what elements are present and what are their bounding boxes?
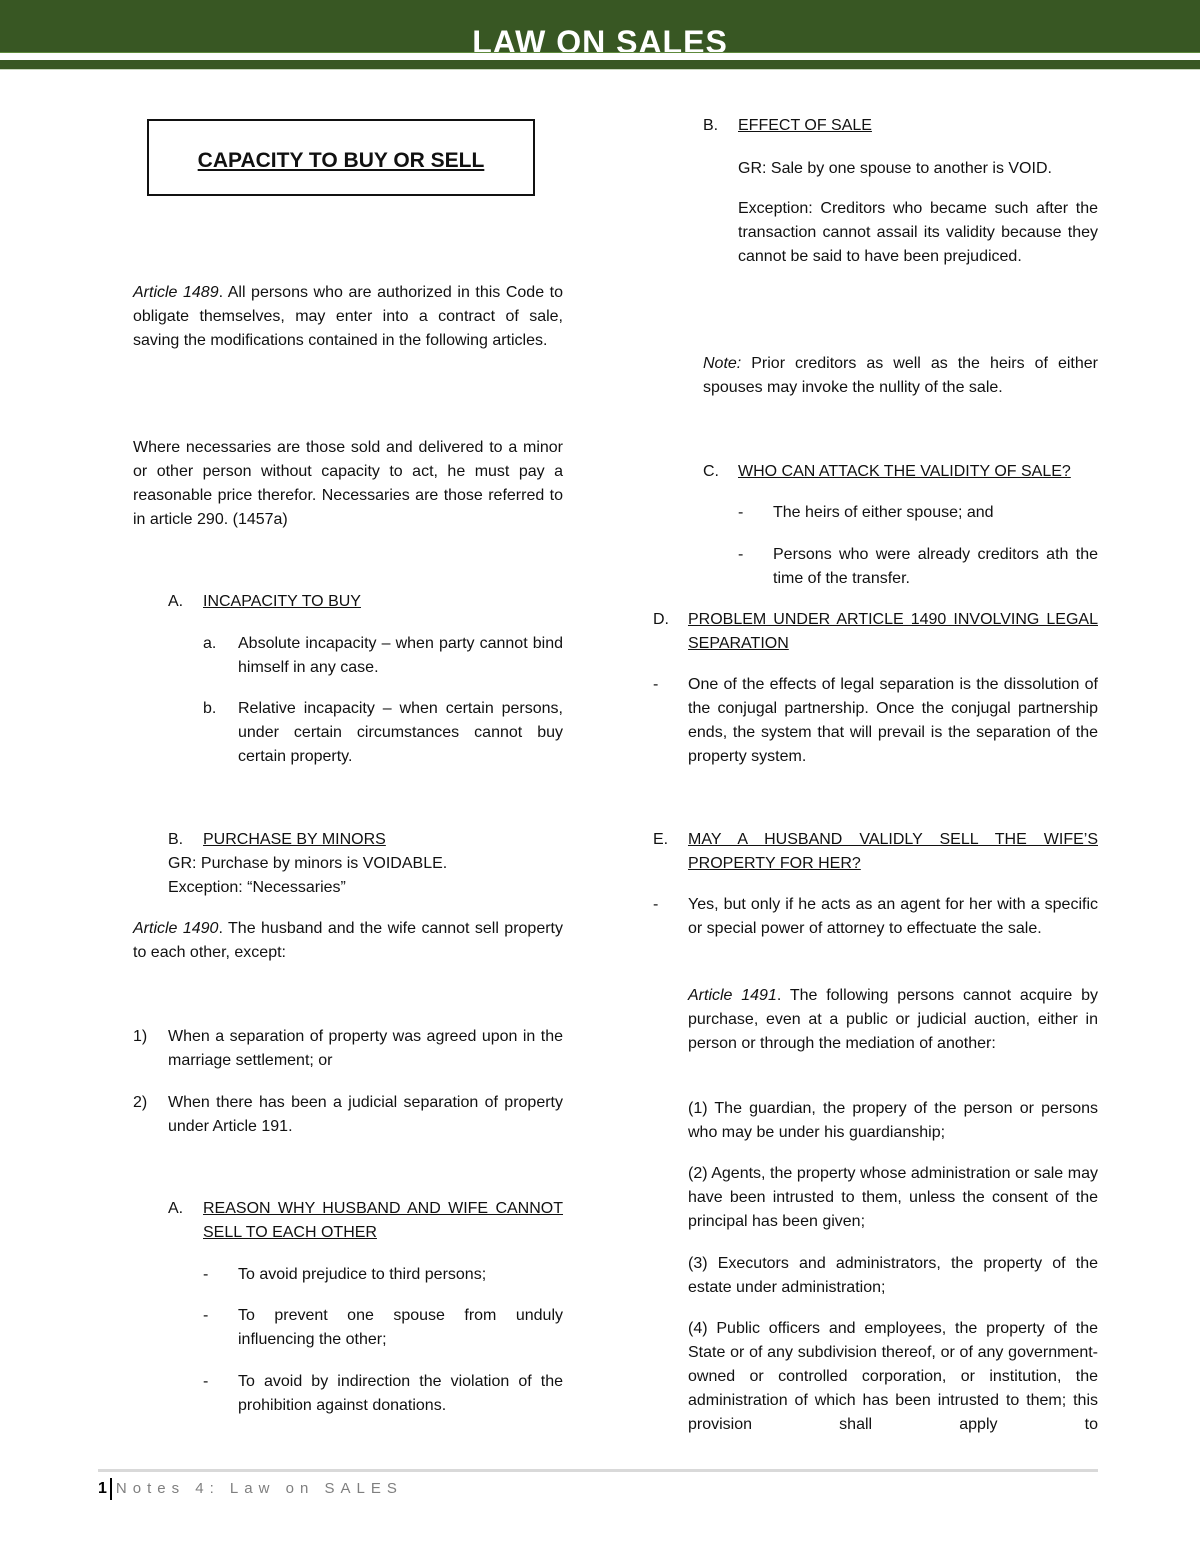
article-1490: Article 1490. The husband and the wife c…: [133, 917, 563, 965]
exception: Exception: Creditors who became such aft…: [738, 197, 1098, 269]
list-marker: -: [738, 543, 773, 591]
list-item: - One of the effects of legal separation…: [653, 673, 1098, 769]
list-marker: -: [203, 1263, 238, 1287]
section-heading-validity: C. WHO CAN ATTACK THE VALIDITY OF SALE?: [703, 460, 1098, 484]
list-item: - To avoid prejudice to third persons;: [203, 1263, 563, 1287]
list-item: b. Relative incapacity – when certain pe…: [203, 697, 563, 769]
list-item: - To prevent one spouse from unduly infl…: [203, 1304, 563, 1352]
necessaries-paragraph: Where necessaries are those sold and del…: [133, 436, 563, 532]
list-text: The heirs of either spouse; and: [773, 501, 1098, 525]
page-number: 1: [98, 1478, 112, 1500]
list-marker: b.: [203, 697, 238, 769]
list-text: Relative incapacity – when certain perso…: [238, 697, 563, 769]
list-item: - The heirs of either spouse; and: [738, 501, 1098, 525]
list-text: To avoid by indirection the violation of…: [238, 1370, 563, 1418]
article-1491: Article 1491. The following persons cann…: [688, 984, 1098, 1056]
header-stripe: [0, 60, 1200, 70]
exception-item: 1) When a separation of property was agr…: [133, 1025, 563, 1073]
section-marker: B.: [703, 114, 738, 138]
document-title: LAW ON SALES: [0, 22, 1200, 53]
list-marker: -: [653, 673, 688, 769]
list-marker: -: [653, 893, 688, 941]
section-marker: E.: [653, 828, 688, 876]
footer-text: Notes 4: Law on SALES: [116, 1478, 403, 1500]
list-text: When a separation of property was agreed…: [168, 1025, 563, 1073]
section-marker: C.: [703, 460, 738, 484]
section-heading: WHO CAN ATTACK THE VALIDITY OF SALE?: [738, 460, 1071, 484]
list-marker: 1): [133, 1025, 168, 1073]
list-text: Persons who were already creditors ath t…: [773, 543, 1098, 591]
section-heading: INCAPACITY TO BUY: [203, 590, 361, 614]
general-rule: GR: Sale by one spouse to another is VOI…: [738, 157, 1098, 181]
section-heading-incapacity: A. INCAPACITY TO BUY: [168, 590, 563, 614]
list-item: - Persons who were already creditors ath…: [738, 543, 1098, 591]
list-item: - To avoid by indirection the violation …: [203, 1370, 563, 1418]
section-marker: A.: [168, 1197, 203, 1245]
list-text: Absolute incapacity – when party cannot …: [238, 632, 563, 680]
footer-rule: [98, 1469, 1098, 1472]
note-label: Note:: [703, 355, 741, 372]
list-item: a. Absolute incapacity – when party cann…: [203, 632, 563, 680]
section-heading-minors: B. PURCHASE BY MINORS: [168, 828, 563, 852]
article-label: Article 1491: [688, 987, 777, 1004]
list-marker: -: [203, 1304, 238, 1352]
section-heading-husband-sell: E. MAY A HUSBAND VALIDLY SELL THE WIFE’S…: [653, 828, 1098, 876]
article-1491-item: (3) Executors and administrators, the pr…: [688, 1252, 1098, 1300]
exception-item: 2) When there has been a judicial separa…: [133, 1091, 563, 1139]
page-footer: 1 Notes 4: Law on SALES: [98, 1478, 403, 1500]
section-marker: B.: [168, 828, 203, 852]
list-marker: 2): [133, 1091, 168, 1139]
section-heading-effect: B. EFFECT OF SALE: [703, 114, 1098, 138]
list-item: - Yes, but only if he acts as an agent f…: [653, 893, 1098, 941]
list-marker: -: [738, 501, 773, 525]
section-heading: REASON WHY HUSBAND AND WIFE CANNOT SELL …: [203, 1197, 563, 1245]
section-title-box: CAPACITY TO BUY OR SELL: [147, 119, 535, 196]
list-marker: a.: [203, 632, 238, 680]
section-heading-legal-separation: D. PROBLEM UNDER ARTICLE 1490 INVOLVING …: [653, 608, 1098, 656]
list-text: Yes, but only if he acts as an agent for…: [688, 893, 1098, 941]
section-marker: A.: [168, 590, 203, 614]
section-title: CAPACITY TO BUY OR SELL: [149, 149, 533, 173]
article-label: Article 1489: [133, 284, 219, 301]
article-1491-item: (4) Public officers and employees, the p…: [688, 1317, 1098, 1437]
list-text: To prevent one spouse from unduly influe…: [238, 1304, 563, 1352]
section-heading: MAY A HUSBAND VALIDLY SELL THE WIFE’S PR…: [688, 828, 1098, 876]
article-1489: Article 1489. All persons who are author…: [133, 281, 563, 353]
article-1491-item: (1) The guardian, the propery of the per…: [688, 1097, 1098, 1145]
section-marker: D.: [653, 608, 688, 656]
note-text: Prior creditors as well as the heirs of …: [703, 355, 1098, 396]
section-heading: PURCHASE BY MINORS: [203, 828, 386, 852]
note: Note: Prior creditors as well as the hei…: [703, 352, 1098, 400]
list-text: When there has been a judicial separatio…: [168, 1091, 563, 1139]
section-heading-reason: A. REASON WHY HUSBAND AND WIFE CANNOT SE…: [168, 1197, 563, 1245]
header-band: LAW ON SALES: [0, 0, 1200, 53]
article-1491-item: (2) Agents, the property whose administr…: [688, 1162, 1098, 1234]
section-heading: EFFECT OF SALE: [738, 114, 872, 138]
list-marker: -: [203, 1370, 238, 1418]
list-text: One of the effects of legal separation i…: [688, 673, 1098, 769]
exception: Exception: “Necessaries”: [168, 876, 346, 900]
article-label: Article 1490: [133, 920, 218, 937]
general-rule: GR: Purchase by minors is VOIDABLE.: [168, 852, 447, 876]
section-heading: PROBLEM UNDER ARTICLE 1490 INVOLVING LEG…: [688, 608, 1098, 656]
list-text: To avoid prejudice to third persons;: [238, 1263, 563, 1287]
